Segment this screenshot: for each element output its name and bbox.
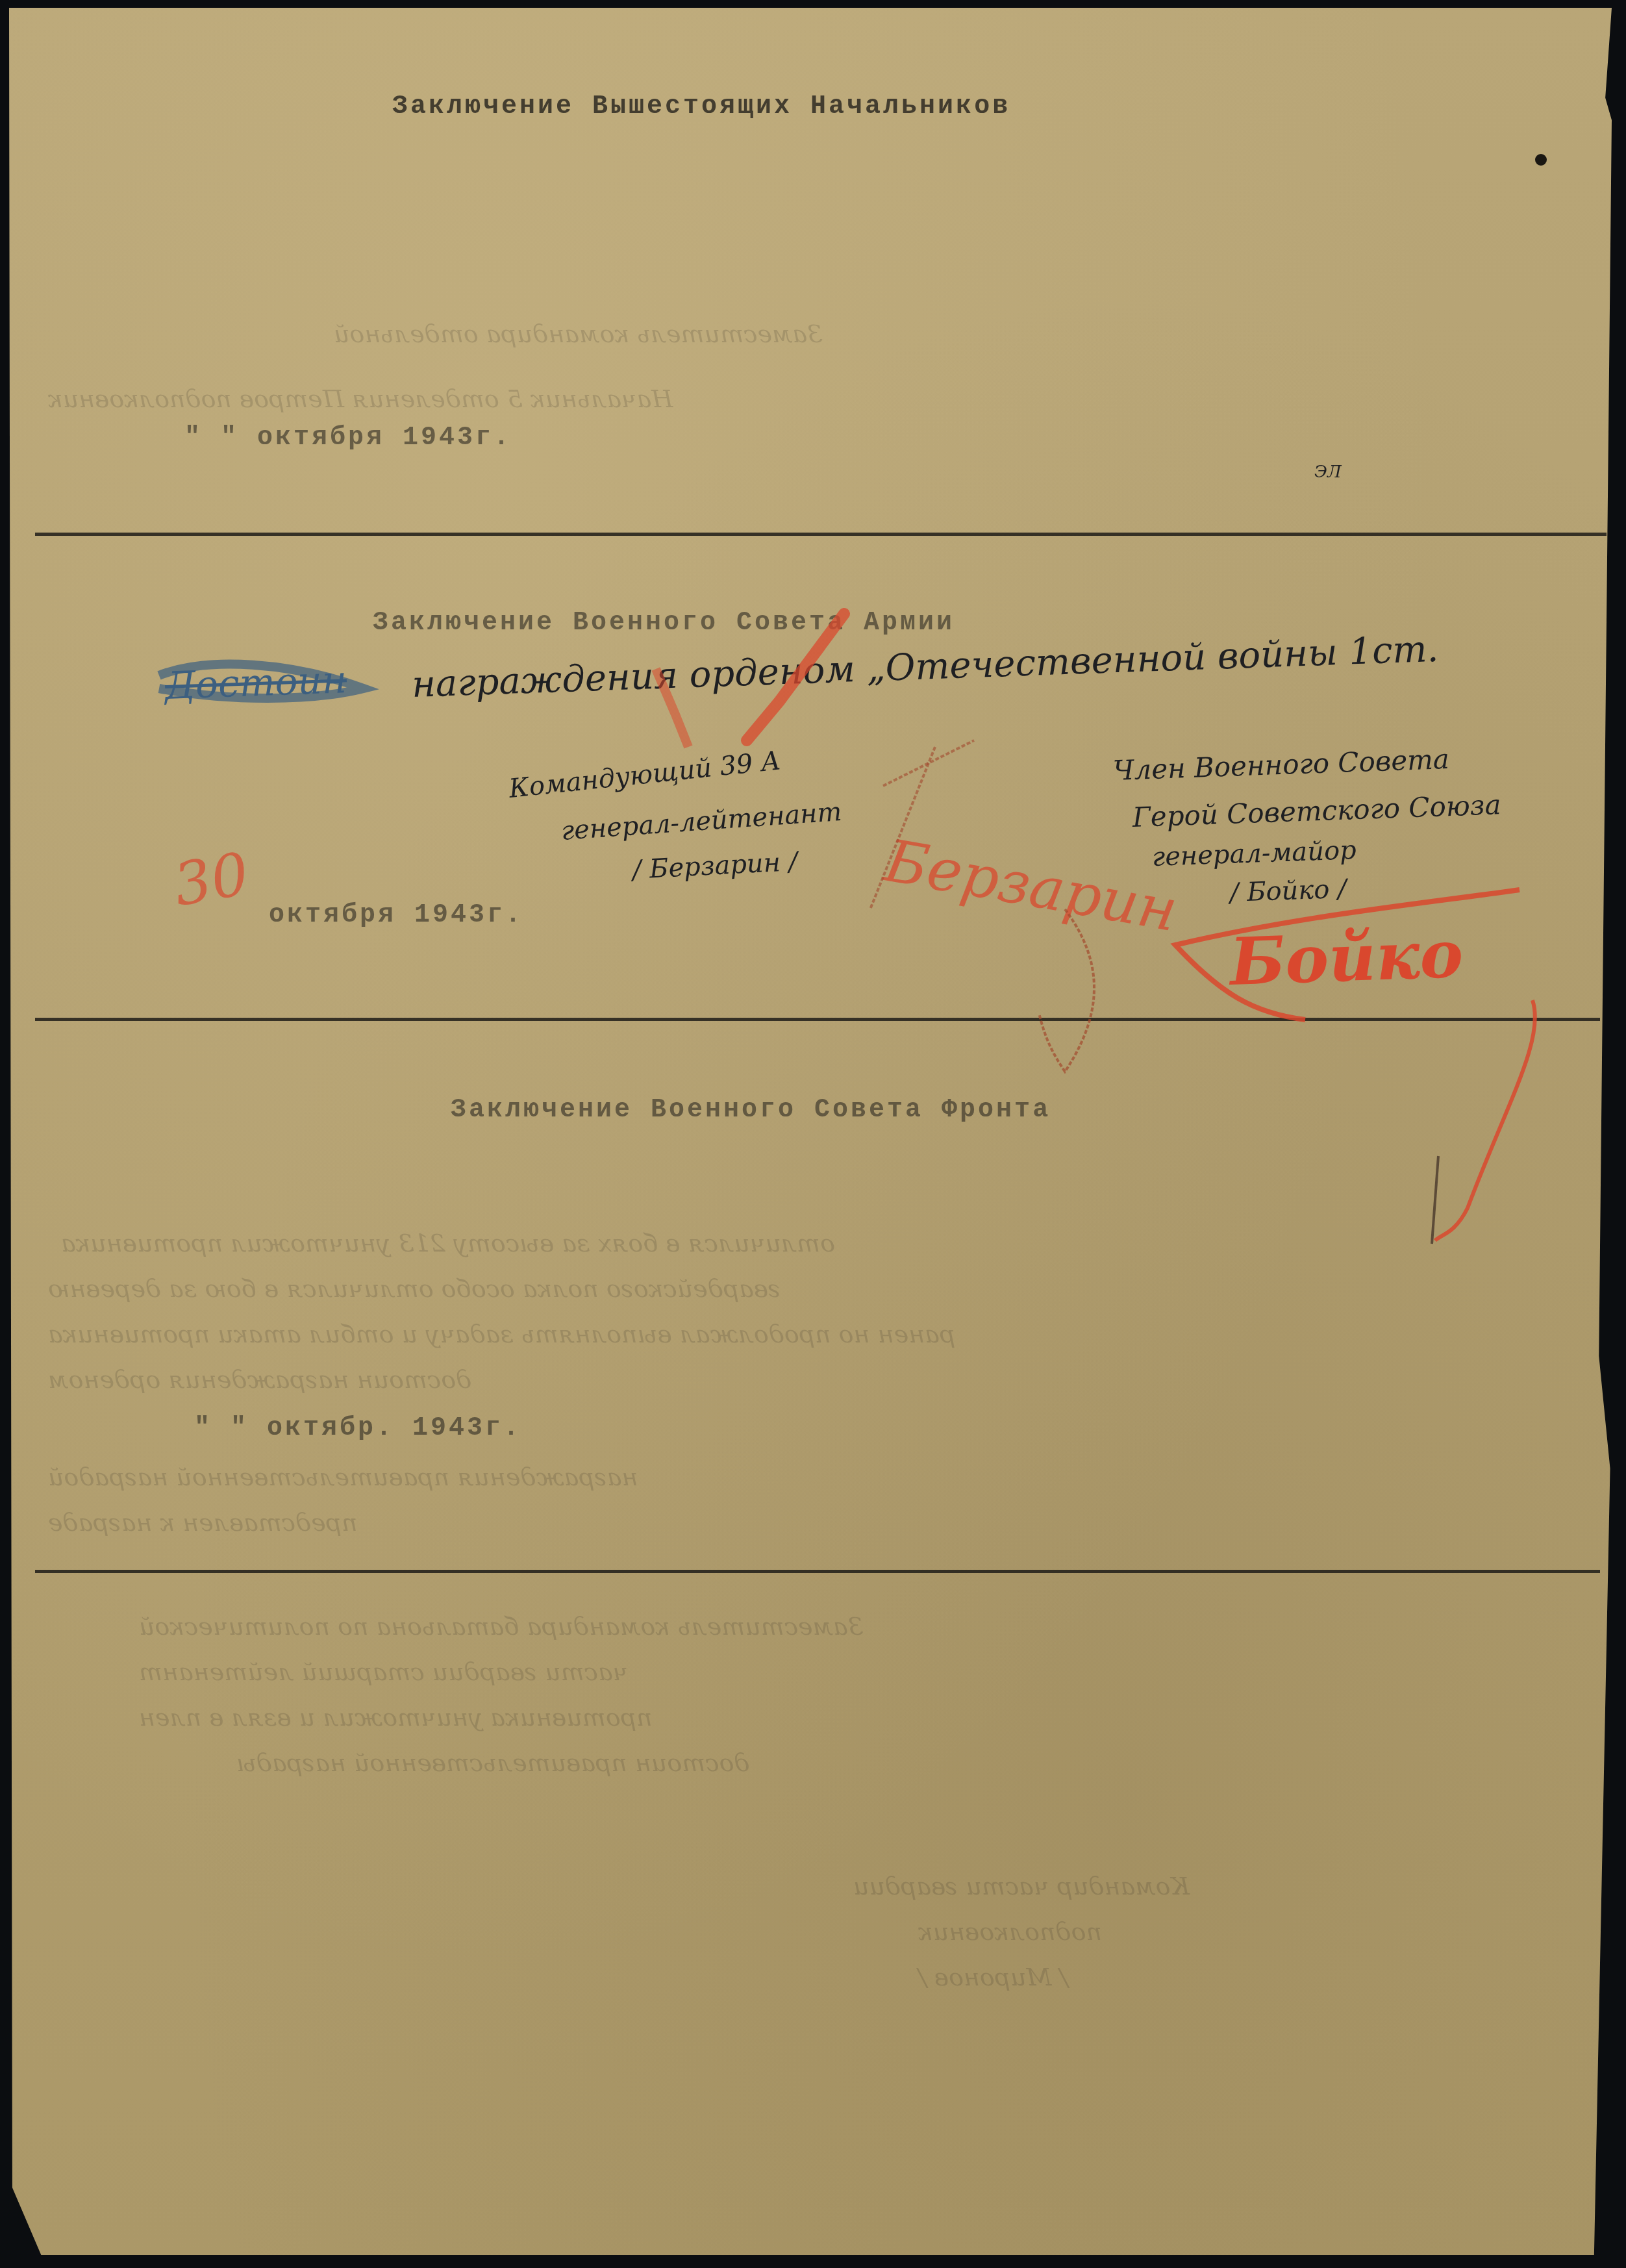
pencil-marks	[0, 0, 1626, 2268]
